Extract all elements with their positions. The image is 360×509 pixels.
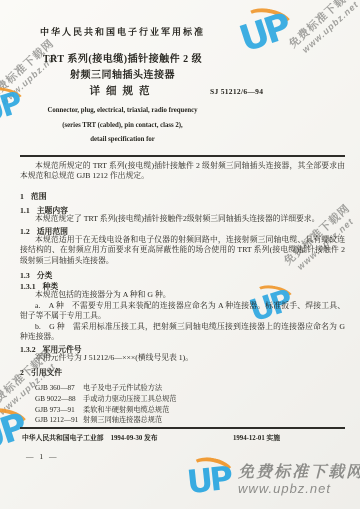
- english-title: Connector, plug, electrical, triaxial, r…: [20, 104, 225, 148]
- reference-title: 电子及电子元件试验方法: [83, 383, 335, 394]
- upbz-logo-icon: UP: [0, 94, 20, 124]
- section-1-1-body: 本规范规定了 TRT 系列(接电缆)插针接触件2级射频三同轴插头连接器的详细要求…: [20, 214, 345, 224]
- reference-list: GJB 360—87 电子及电子元件试验方法 GB 9022—88 手或动力驱动…: [35, 383, 335, 426]
- english-title-line-3: detail specification for: [20, 133, 225, 148]
- title-divider-rule: [20, 155, 345, 157]
- brand-site-url: www.upbz.net: [238, 482, 360, 496]
- watermark-top-right: 免费标准下载网 www.upbz.net: [285, 0, 360, 59]
- reference-row: GB 9022—88 手或动力驱动压接工具总规范: [35, 394, 335, 405]
- section-1-3-2-body: 军用元件号为 J 51212/6—×××(横线号见表 1)。: [20, 353, 345, 363]
- upbz-logo-icon: UP: [187, 464, 230, 496]
- english-title-line-1: Connector, plug, electrical, triaxial, r…: [20, 104, 225, 119]
- logo-letters: UP: [185, 462, 231, 498]
- logo-letters: UP: [236, 9, 293, 58]
- reference-row: GJB 973—91 柔软和半硬射频电缆总规范: [35, 405, 335, 416]
- intro-paragraph: 本规范所规定的 TRT 系列(接电缆)插针接触件 2 级射频三同轴插头连接器，其…: [20, 161, 345, 182]
- list-item-a: a. A 种 不需要专用工具来装配的连接器应命名为 A 种连接器。标准扳手、焊接…: [20, 301, 345, 322]
- upbz-logo-icon: UP: [240, 16, 288, 52]
- brand-site-name: 免费标准下载网: [238, 464, 360, 482]
- section-1-3-1-body: 本规范包括的连接器分为 A 种和 G 种。: [20, 290, 345, 300]
- standard-number: SJ 51212/6—94: [210, 87, 263, 96]
- upbz-brand-lockup: UP 免费标准下载网 www.upbz.net: [187, 464, 360, 496]
- section-title: 引用文件: [31, 368, 62, 377]
- reference-row: GJB 360—87 电子及电子元件试验方法: [35, 383, 335, 394]
- footer-divider-rule: [20, 427, 345, 429]
- issuer: 中华人民共和国电子工业部: [22, 435, 104, 442]
- section-1-2-body: 本规范适用于在无线电设备和电子仪器的射频回路中，连接射频三同轴电缆、具有螺纹连接…: [20, 235, 345, 266]
- reference-code: GJB 360—87: [35, 383, 83, 394]
- reference-title: 柔软和半硬射频电缆总规范: [83, 405, 335, 416]
- title-line-3: 详细规范: [20, 84, 225, 100]
- reference-code: GJB 1212—91: [35, 415, 83, 426]
- section-number: 2: [20, 368, 24, 377]
- section-number: 1.3: [20, 271, 30, 280]
- upbz-logo-icon: UP: [0, 416, 24, 452]
- title-line-1: TRT 系列(接电缆)插针接触件 2 级: [20, 52, 225, 68]
- section-2-heading: 2引用文件: [20, 367, 62, 378]
- reference-title: 射频三同轴连接器总规范: [83, 415, 335, 426]
- section-1-heading: 1范围: [20, 191, 47, 202]
- list-item-b: b. G 种 需采用标准压接工具，把射频三同轴电缆压接到连接器上的连接器应命名为…: [20, 322, 345, 343]
- section-title: 分类: [37, 271, 53, 280]
- reference-row: GJB 1212—91 射频三同轴连接器总规范: [35, 415, 335, 426]
- section-number: 1: [20, 192, 24, 201]
- reference-code: GJB 973—91: [35, 405, 83, 416]
- document-title: TRT 系列(接电缆)插针接触件 2 级 射频三同轴插头连接器 详细规范: [20, 52, 225, 100]
- english-title-line-2: (series TRT (cabled), pin contact, class…: [20, 119, 225, 134]
- section-1-3-heading: 1.3分类: [20, 270, 52, 281]
- watermark-site-name: 免费标准下载网: [285, 0, 358, 51]
- issue-date: 1994-09-30 发布: [111, 435, 158, 442]
- standard-document-page: 免费标准下载网 www.upbz.net UP 免费标准下载网 www.upbz…: [0, 0, 360, 509]
- page-number: — 1 —: [26, 452, 59, 461]
- logo-swoosh-icon: [242, 4, 295, 40]
- reference-title: 手或动力驱动压接工具总规范: [83, 394, 335, 405]
- brand-text: 免费标准下载网 www.upbz.net: [238, 464, 360, 496]
- section-title: 范围: [31, 192, 47, 201]
- watermark-url: www.upbz.net: [296, 0, 360, 59]
- footer-issuer-line: 中华人民共和国电子工业部1994-09-30 发布: [22, 432, 158, 442]
- reference-code: GB 9022—88: [35, 394, 83, 405]
- implement-date: 1994-12-01 实施: [233, 432, 280, 442]
- title-line-2: 射频三同轴插头连接器: [20, 68, 225, 84]
- standard-org-header: 中华人民共和国电子行业军用标准: [20, 25, 225, 38]
